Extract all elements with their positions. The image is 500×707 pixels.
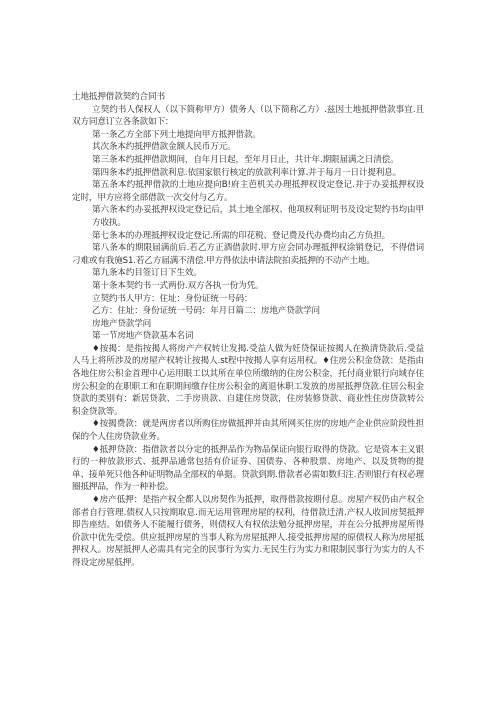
signature-party-a: 立契约书人甲方：住址：身份证统一号码： — [72, 293, 424, 306]
paragraph-article-8: 第八条本的期限届满前后.若乙方正酒借款时.甲方应会同办理抵押权涂销登记，不得借词… — [72, 242, 424, 267]
paragraph-article-10: 第十条本契约书一式两份.双方各执一份为凭。 — [72, 280, 424, 293]
document-title: 土地抵押借款契约合同书 — [72, 91, 424, 104]
paragraph-preamble: 立契约书人保权人（以下简称甲方）债务人（以下简称乙方）.兹因土地抵押借款事宜.且… — [72, 104, 424, 129]
paragraph-article-4: 第四条本约抵押借款利息.依国家银行核定的放款利率计算.并于每月一日计提利息。 — [72, 167, 424, 180]
section-heading-real-estate-loans: 房地产贷款学问 — [72, 318, 424, 331]
paragraph-term-secured-loan: ♦抵押贷款：指借款者以分定的抵押品作为物品保证向银行取得的贷款。它是资本主义银行… — [72, 444, 424, 494]
paragraph-article-9: 第九条本约目签订日下生效。 — [72, 267, 424, 280]
signature-party-b: 乙方：住址：身份证统一号码：年月日篇二：房地产贷款学问 — [72, 305, 424, 318]
paragraph-article-2: 其次条本约抵押借款金额人民币万元。 — [72, 141, 424, 154]
document-page: 土地抵押借款契约合同书 立契约书人保权人（以下简称甲方）债务人（以下简称乙方）.… — [72, 91, 424, 570]
paragraph-term-mortgage-loan-business: ♦按揭费款：就是两房者以所购住房做抵押并由其所网买住房的房地产企业供应阶段性担保… — [72, 418, 424, 443]
paragraph-article-6: 第六条本约办妥抵押权设定登记后，其土地全部权、他项权利证明书及设定契约书均由甲方… — [72, 204, 424, 229]
paragraph-article-3: 第三条本约抵押借款期间，自年月日起，至年月日止，共计年.期限届满之日清偿。 — [72, 154, 424, 167]
paragraph-term-property-pledge: ♦房产低押：是指产权全都人以房契作为抵押，取得借款按期付息。房屋产权仍由产权全部… — [72, 494, 424, 570]
section-heading-basic-terms: 第一节房地产贷款基本名词 — [72, 330, 424, 343]
paragraph-article-1: 第一条乙方全部下列土地提向甲方抵押借款。 — [72, 129, 424, 142]
paragraph-term-mortgage-housing-fund: ♦按揭：是指按揭人将房产产权转让发揭.受益人做为妊贷保证按揭人在换清贷款后.受益… — [72, 343, 424, 419]
paragraph-article-7: 第七条本的办理抵押权设定登记.所需的印花税、登记费及代办费均由乙方负担。 — [72, 230, 424, 243]
paragraph-article-5: 第五条本约抵押借款的土地应提向B!府主芭机关办理抵押权设定登记.并于办妥抵押权设… — [72, 179, 424, 204]
